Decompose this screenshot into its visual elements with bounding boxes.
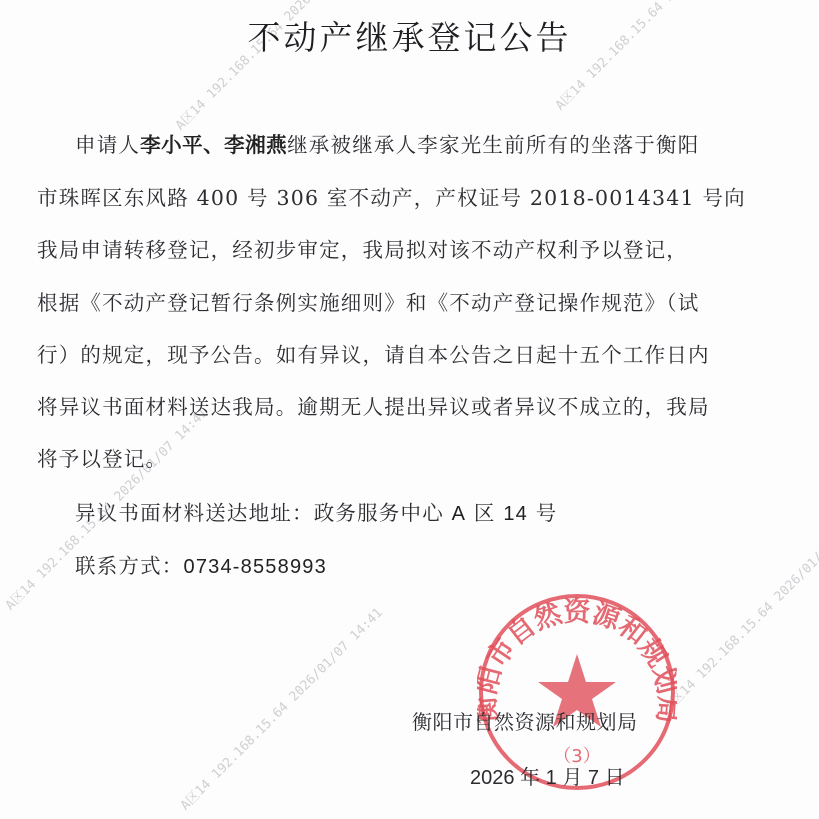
date-month-unit: 月 [562,765,582,789]
watermark: A区14 192.168.15.64 2026/01/07 14:41 [660,503,819,714]
paragraph-line: 将异议书面材料送达我局。逾期无人提出异议或者异议不成立的，我局 [37,390,710,420]
date-month: 1 [546,767,557,789]
watermark: A区14 192.168.15.64 2026/01/07 14:41 [175,603,386,814]
paragraph-line: 申请人李小平、李湘燕继承被继承人李家光生前所有的坐落于衡阳 [75,128,699,158]
address-zone-unit: 区 [474,501,496,525]
paragraph-line: 根据《不动产登记暂行条例实施细则》和《不动产登记操作规范》（试 [37,286,699,316]
address-value: 政务服务中心 [314,501,444,525]
contact-label: 联系方式： [75,554,184,578]
date-day-unit: 日 [605,765,625,789]
date-year: 2026 [470,767,515,789]
applicants-names: 李小平、李湘燕 [140,133,287,157]
text-segment: 继承被继承人李家光生前所有的坐落于衡阳 [287,133,699,157]
text-segment: 申请人 [75,133,140,157]
objection-address: 异议书面材料送达地址：政务服务中心 A 区 14 号 [75,496,557,526]
paragraph-line: 我局申请转移登记，经初步审定，我局拟对该不动产权利予以登记， [37,233,688,263]
issue-date: 2026 年 1 月 7 日 [470,761,625,790]
address-zone: A [452,503,467,525]
address-label: 异议书面材料送达地址： [75,501,314,525]
contact-phone: 0734-8558993 [184,556,327,578]
contact-info: 联系方式：0734-8558993 [75,549,327,579]
address-suffix: 号 [536,501,558,525]
issuer-signature: 衡阳市自然资源和规划局 [412,706,638,735]
date-day: 7 [588,767,599,789]
paragraph-line: 将予以登记。 [37,442,167,472]
paragraph-line: 行）的规定，现予公告。如有异议，请自本公告之日起十五个工作日内 [37,338,710,368]
page-title: 不动产继承登记公告 [0,12,819,59]
address-number: 14 [503,503,528,525]
date-year-unit: 年 [520,765,540,789]
paragraph-line: 市珠晖区东风路 400 号 306 室不动产，产权证号 2018-0014341… [37,181,746,211]
